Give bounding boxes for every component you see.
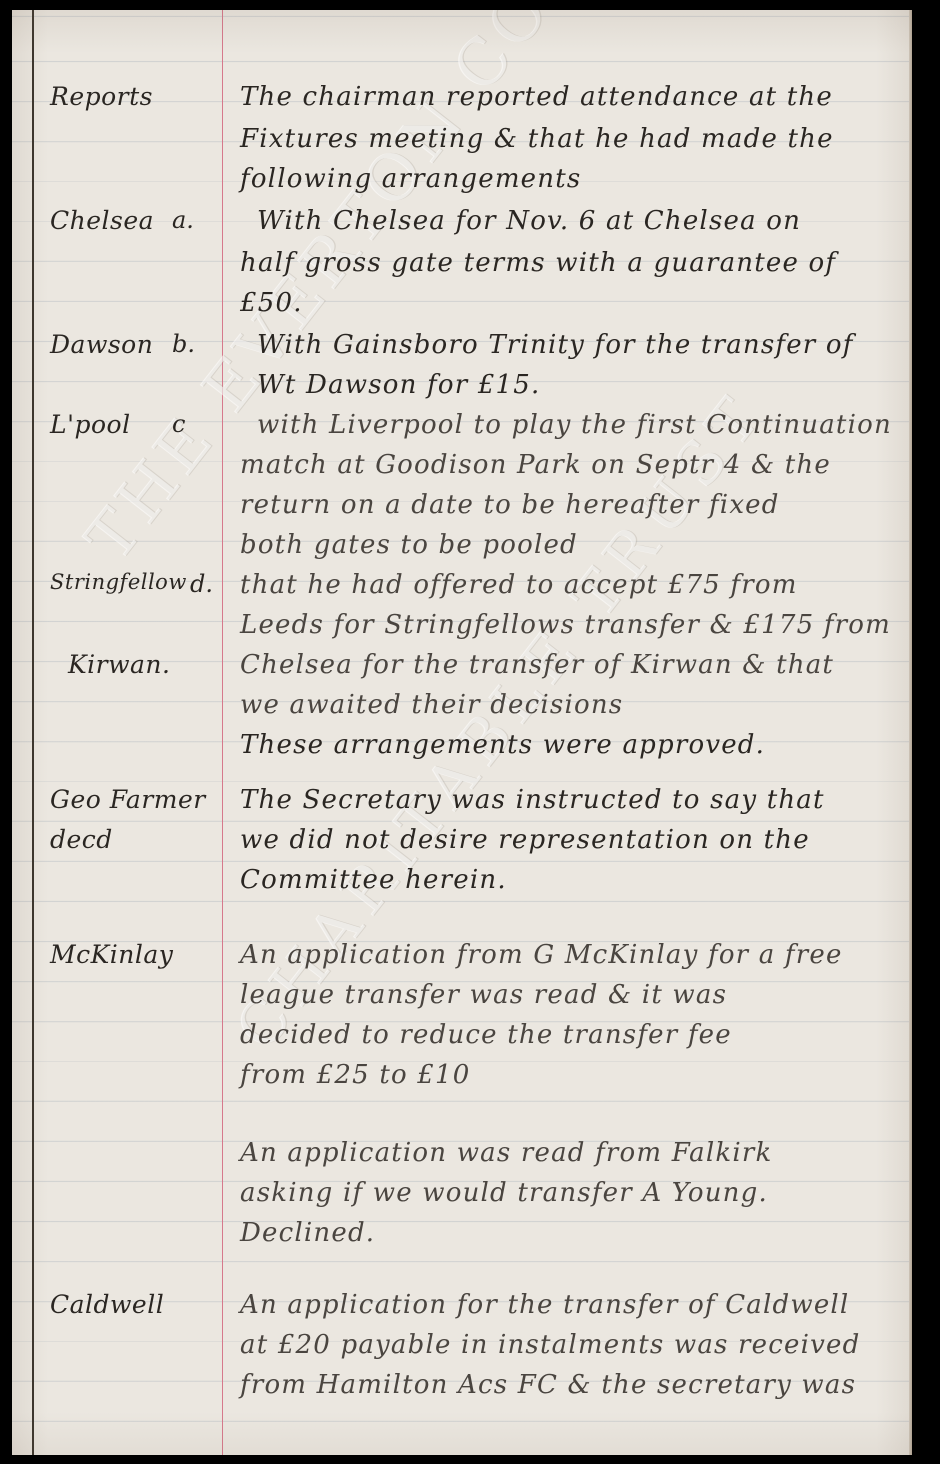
entry-line: we awaited their decisions — [240, 690, 623, 720]
entry-line: Declined. — [240, 1218, 375, 1248]
entry-line: decided to reduce the transfer fee — [240, 1020, 732, 1050]
entry-line: match at Goodison Park on Septr 4 & the — [240, 450, 831, 480]
item-letter-b: b. — [172, 330, 195, 358]
margin-rule — [222, 10, 223, 1455]
entry-line: both gates to be pooled — [240, 530, 578, 560]
entry-line: at £20 payable in instalments was receiv… — [240, 1330, 860, 1360]
entry-line: The Secretary was instructed to say that — [240, 785, 825, 815]
entry-line: that he had offered to accept £75 from — [240, 570, 798, 600]
entry-line: from Hamilton Acs FC & the secretary was — [240, 1370, 856, 1400]
margin-label-lpool: L'pool — [50, 410, 131, 439]
item-letter-c: c — [172, 410, 185, 438]
entry-line: Committee herein. — [240, 865, 507, 895]
entry-line: Wt Dawson for £15. — [257, 370, 541, 400]
entry-line: These arrangements were approved. — [240, 730, 765, 760]
entry-line: An application for the transfer of Caldw… — [240, 1290, 849, 1320]
margin-label-mckinlay: McKinlay — [50, 940, 173, 969]
entry-line: half gross gate terms with a guarantee o… — [240, 248, 836, 278]
entry-line: asking if we would transfer A Young. — [240, 1178, 768, 1208]
binding-rule — [32, 10, 34, 1455]
entry-line: Chelsea for the transfer of Kirwan & tha… — [240, 650, 834, 680]
margin-label-kirwan: Kirwan. — [68, 650, 170, 679]
margin-label-decd: decd — [50, 825, 113, 854]
entry-line: we did not desire representation on the — [240, 825, 810, 855]
entry-line: An application was read from Falkirk — [240, 1138, 772, 1168]
item-letter-a: a. — [172, 206, 194, 234]
entry-line: With Chelsea for Nov. 6 at Chelsea on — [257, 206, 801, 236]
entry-line: £50. — [240, 288, 303, 318]
margin-label-dawson: Dawson — [50, 330, 153, 359]
margin-label-reports: Reports — [50, 82, 153, 111]
page-edge — [909, 10, 912, 1455]
margin-label-geo-farmer: Geo Farmer — [50, 785, 206, 814]
entry-line: league transfer was read & it was — [240, 980, 727, 1010]
entry-line: The chairman reported attendance at the — [240, 82, 833, 112]
item-letter-d: d. — [190, 570, 213, 598]
entry-line: following arrangements — [240, 164, 581, 194]
entry-line: return on a date to be hereafter fixed — [240, 490, 780, 520]
entry-line: With Gainsboro Trinity for the transfer … — [257, 330, 854, 360]
margin-label-chelsea: Chelsea — [50, 206, 154, 235]
entry-line: Fixtures meeting & that he had made the — [240, 124, 834, 154]
entry-line: from £25 to £10 — [240, 1060, 471, 1090]
margin-label-caldwell: Caldwell — [50, 1290, 164, 1319]
margin-label-stringfellow: Stringfellow — [50, 570, 187, 594]
entry-line: with Liverpool to play the first Continu… — [257, 410, 892, 440]
entry-line: An application from G McKinlay for a fre… — [240, 940, 843, 970]
minute-book-page: THE EVERTON COLLECTION CHARITABLE TRUST … — [12, 10, 912, 1455]
entry-line: Leeds for Stringfellows transfer & £175 … — [240, 610, 891, 640]
